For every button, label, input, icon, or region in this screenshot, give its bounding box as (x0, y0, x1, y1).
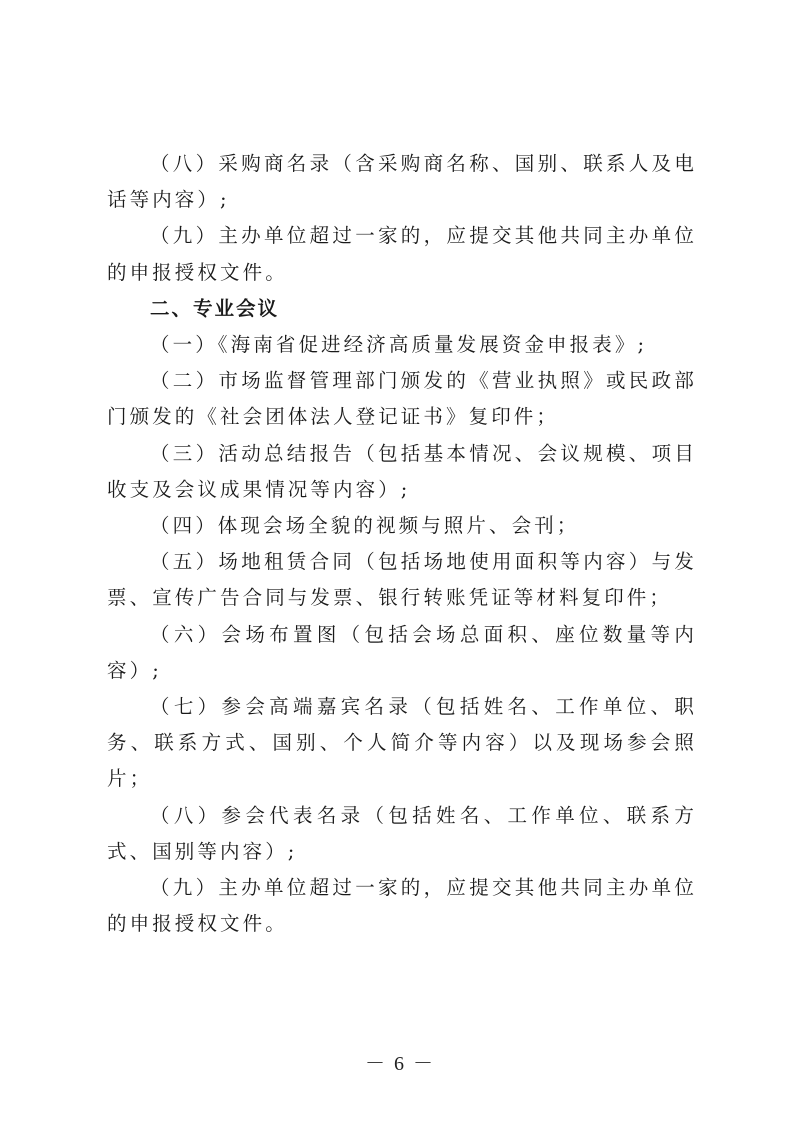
list-item: （七）参会高端嘉宾名录（包括姓名、工作单位、职务、联系方式、国别、个人简介等内容… (107, 689, 697, 798)
document-page: （八）采购商名录（含采购商名称、国别、联系人及电话等内容）; （九）主办单位超过… (0, 0, 800, 1131)
page-number: － 6 － (0, 1047, 800, 1076)
list-item: （九）主办单位超过一家的，应提交其他共同主办单位的申报授权文件。 (107, 870, 697, 942)
list-item: （六）会场布置图（包括会场总面积、座位数量等内容）; (107, 617, 697, 689)
list-item: （八）参会代表名录（包括姓名、工作单位、联系方式、国别等内容）; (107, 798, 697, 870)
list-item: （四）体现会场全貌的视频与照片、会刊； (107, 508, 697, 544)
list-item: （三）活动总结报告（包括基本情况、会议规模、项目收支及会议成果情况等内容）; (107, 436, 697, 508)
section-heading: 二、专业会议 (107, 291, 697, 327)
paragraph-co-organizer-authorization: （九）主办单位超过一家的，应提交其他共同主办单位的申报授权文件。 (107, 218, 697, 290)
list-item: （一）《海南省促进经济高质量发展资金申报表》; (107, 327, 697, 363)
document-body: （八）采购商名录（含采购商名称、国别、联系人及电话等内容）; （九）主办单位超过… (107, 146, 697, 942)
paragraph-purchaser-list: （八）采购商名录（含采购商名称、国别、联系人及电话等内容）; (107, 146, 697, 218)
list-item: （二）市场监督管理部门颁发的《营业执照》或民政部门颁发的《社会团体法人登记证书》… (107, 363, 697, 435)
list-item: （五）场地租赁合同（包括场地使用面积等内容）与发票、宣传广告合同与发票、银行转账… (107, 544, 697, 616)
